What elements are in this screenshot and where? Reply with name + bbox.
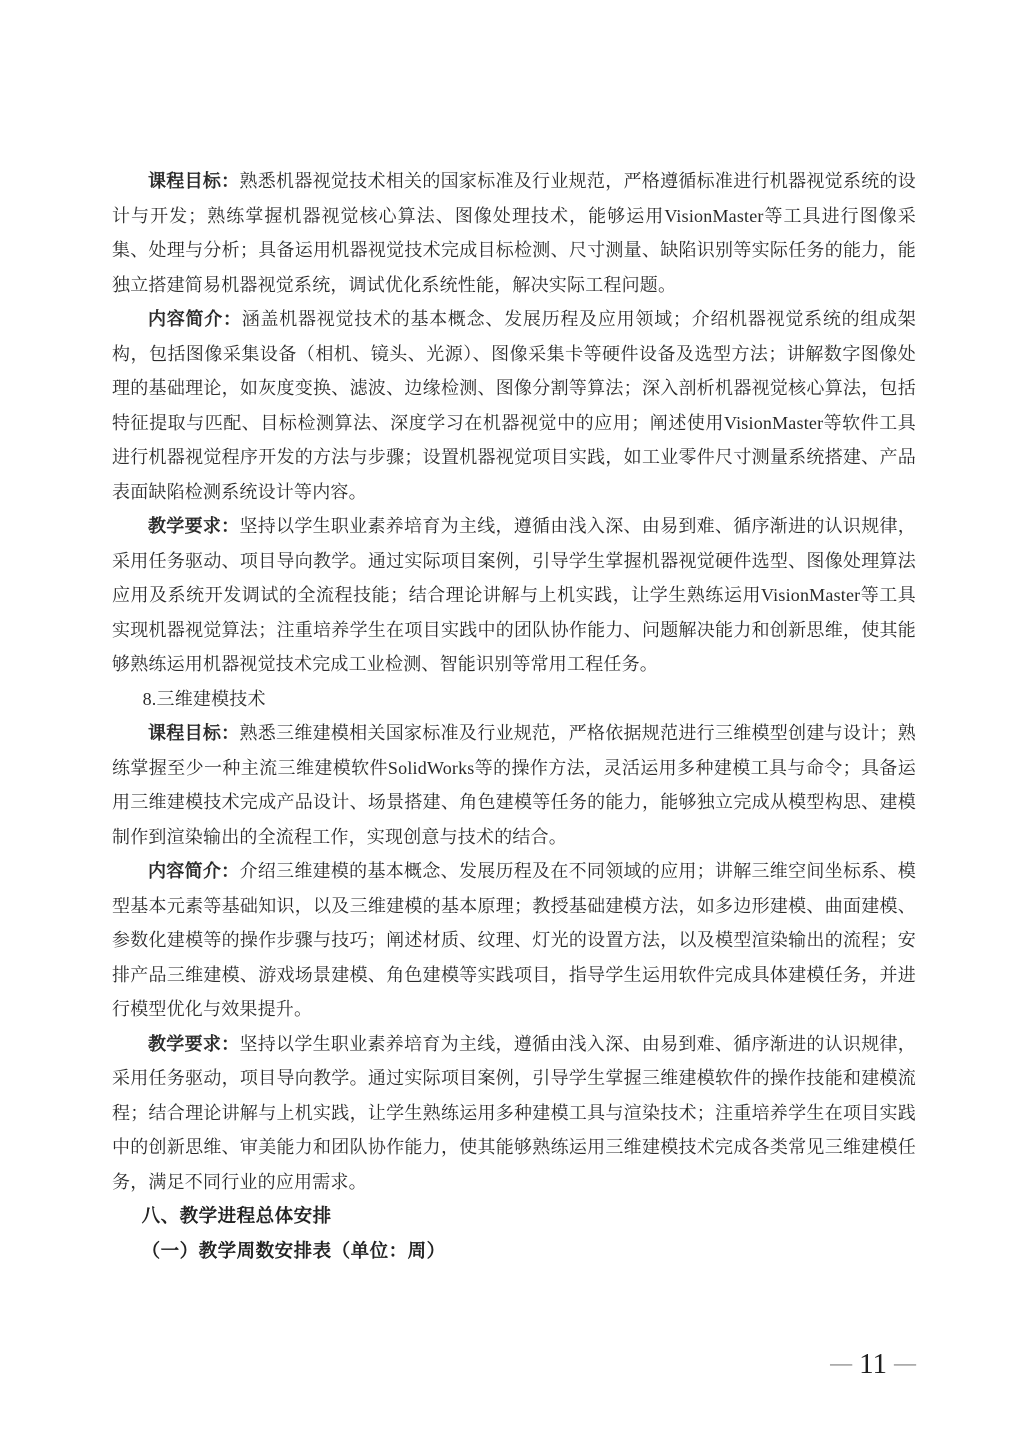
page-number-dash-right: — — [894, 1352, 916, 1374]
text-content-intro: 介绍三维建模的基本概念、发展历程及在不同领域的应用；讲解三维空间坐标系、模型基本… — [112, 861, 916, 1019]
label-content-intro: 内容简介： — [148, 861, 239, 881]
label-content-intro: 内容简介： — [148, 309, 242, 329]
heading-subsection-week-table: （一）教学周数安排表（单位：周） — [112, 1234, 916, 1269]
heading-course-8-3d-modeling: 8.三维建模技术 — [112, 682, 916, 717]
text-teaching-requirements: 坚持以学生职业素养培育为主线，遵循由浅入深、由易到难、循序渐进的认识规律，采用任… — [112, 516, 916, 674]
paragraph-mv-content-intro: 内容简介：涵盖机器视觉技术的基本概念、发展历程及应用领域；介绍机器视觉系统的组成… — [112, 302, 916, 509]
label-course-objectives: 课程目标： — [148, 171, 239, 191]
label-course-objectives: 课程目标： — [148, 723, 239, 743]
page-number-dash-left: — — [830, 1352, 852, 1374]
document-content: 课程目标：熟悉机器视觉技术相关的国家标准及行业规范，严格遵循标准进行机器视觉系统… — [112, 164, 916, 1268]
paragraph-3d-teaching-requirements: 教学要求：坚持以学生职业素养培育为主线，遵循由浅入深、由易到难、循序渐进的认识规… — [112, 1027, 916, 1200]
paragraph-3d-content-intro: 内容简介：介绍三维建模的基本概念、发展历程及在不同领域的应用；讲解三维空间坐标系… — [112, 854, 916, 1027]
text-content-intro: 涵盖机器视觉技术的基本概念、发展历程及应用领域；介绍机器视觉系统的组成架构，包括… — [112, 309, 916, 502]
heading-section-8-teaching-schedule: 八、教学进程总体安排 — [112, 1199, 916, 1234]
paragraph-mv-teaching-requirements: 教学要求：坚持以学生职业素养培育为主线，遵循由浅入深、由易到难、循序渐进的认识规… — [112, 509, 916, 682]
label-teaching-requirements: 教学要求： — [148, 1034, 239, 1054]
page-number-value: 11 — [859, 1350, 887, 1379]
text-teaching-requirements: 坚持以学生职业素养培育为主线，遵循由浅入深、由易到难、循序渐进的认识规律，采用任… — [112, 1034, 916, 1192]
paragraph-3d-course-objectives: 课程目标：熟悉三维建模相关国家标准及行业规范，严格依据规范进行三维模型创建与设计… — [112, 716, 916, 854]
label-teaching-requirements: 教学要求： — [148, 516, 239, 536]
paragraph-mv-course-objectives: 课程目标：熟悉机器视觉技术相关的国家标准及行业规范，严格遵循标准进行机器视觉系统… — [112, 164, 916, 302]
page-number: — 11 — — [830, 1350, 916, 1379]
